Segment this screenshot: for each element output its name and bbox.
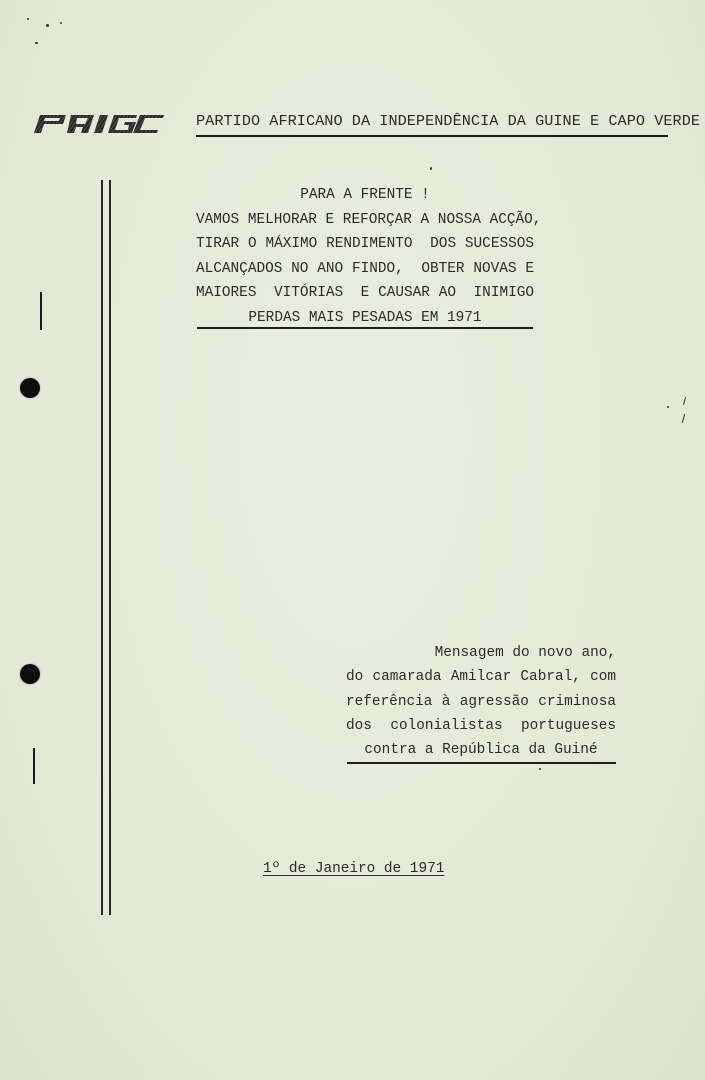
paper-speck	[46, 24, 49, 27]
paper-speck	[682, 414, 685, 423]
punch-hole-icon	[20, 378, 40, 398]
party-name-header: PARTIDO AFRICANO DA INDEPENDÊNCIA DA GUI…	[196, 112, 668, 130]
slogan-underline	[197, 327, 533, 329]
paper-speck	[683, 397, 686, 405]
message-underline	[347, 762, 616, 764]
slogan-line: MAIORES VITÓRIAS E CAUSAR AO INIMIGO	[196, 281, 534, 306]
margin-rule-left	[101, 180, 103, 915]
slogan-line: PARA A FRENTE !	[196, 183, 534, 208]
message-line: dos colonialistas portugueses	[346, 714, 616, 738]
document-date: 1º de Janeiro de 1971	[263, 861, 444, 877]
document-page: PARTIDO AFRICANO DA INDEPENDÊNCIA DA GUI…	[0, 0, 705, 1080]
punch-hole-icon	[20, 664, 40, 684]
slogan-line: VAMOS MELHORAR E REFORÇAR A NOSSA ACÇÃO,	[196, 208, 534, 233]
staple-mark-icon	[33, 748, 35, 784]
paper-speck	[27, 18, 29, 20]
message-line: Mensagem do novo ano,	[346, 641, 616, 665]
message-line: referência à agressão criminosa	[346, 690, 616, 714]
message-block: Mensagem do novo ano, do camarada Amilca…	[346, 641, 616, 762]
paper-speck	[667, 406, 669, 408]
paper-speck	[35, 42, 38, 44]
paper-speck	[539, 768, 541, 770]
paper-speck	[60, 22, 62, 24]
paper-speck	[430, 167, 432, 170]
slogan-line: ALCANÇADOS NO ANO FINDO, OBTER NOVAS E	[196, 257, 534, 282]
message-line: do camarada Amilcar Cabral, com	[346, 665, 616, 689]
slogan-line: TIRAR O MÁXIMO RENDIMENTO DOS SUCESSOS	[196, 232, 534, 257]
margin-rule-right	[109, 180, 111, 915]
slogan-block: PARA A FRENTE ! VAMOS MELHORAR E REFORÇA…	[196, 183, 534, 331]
message-line: contra a República da Guiné	[346, 738, 616, 762]
header-underline	[196, 135, 668, 137]
staple-mark-icon	[40, 292, 42, 330]
paigc-logo	[34, 113, 164, 135]
